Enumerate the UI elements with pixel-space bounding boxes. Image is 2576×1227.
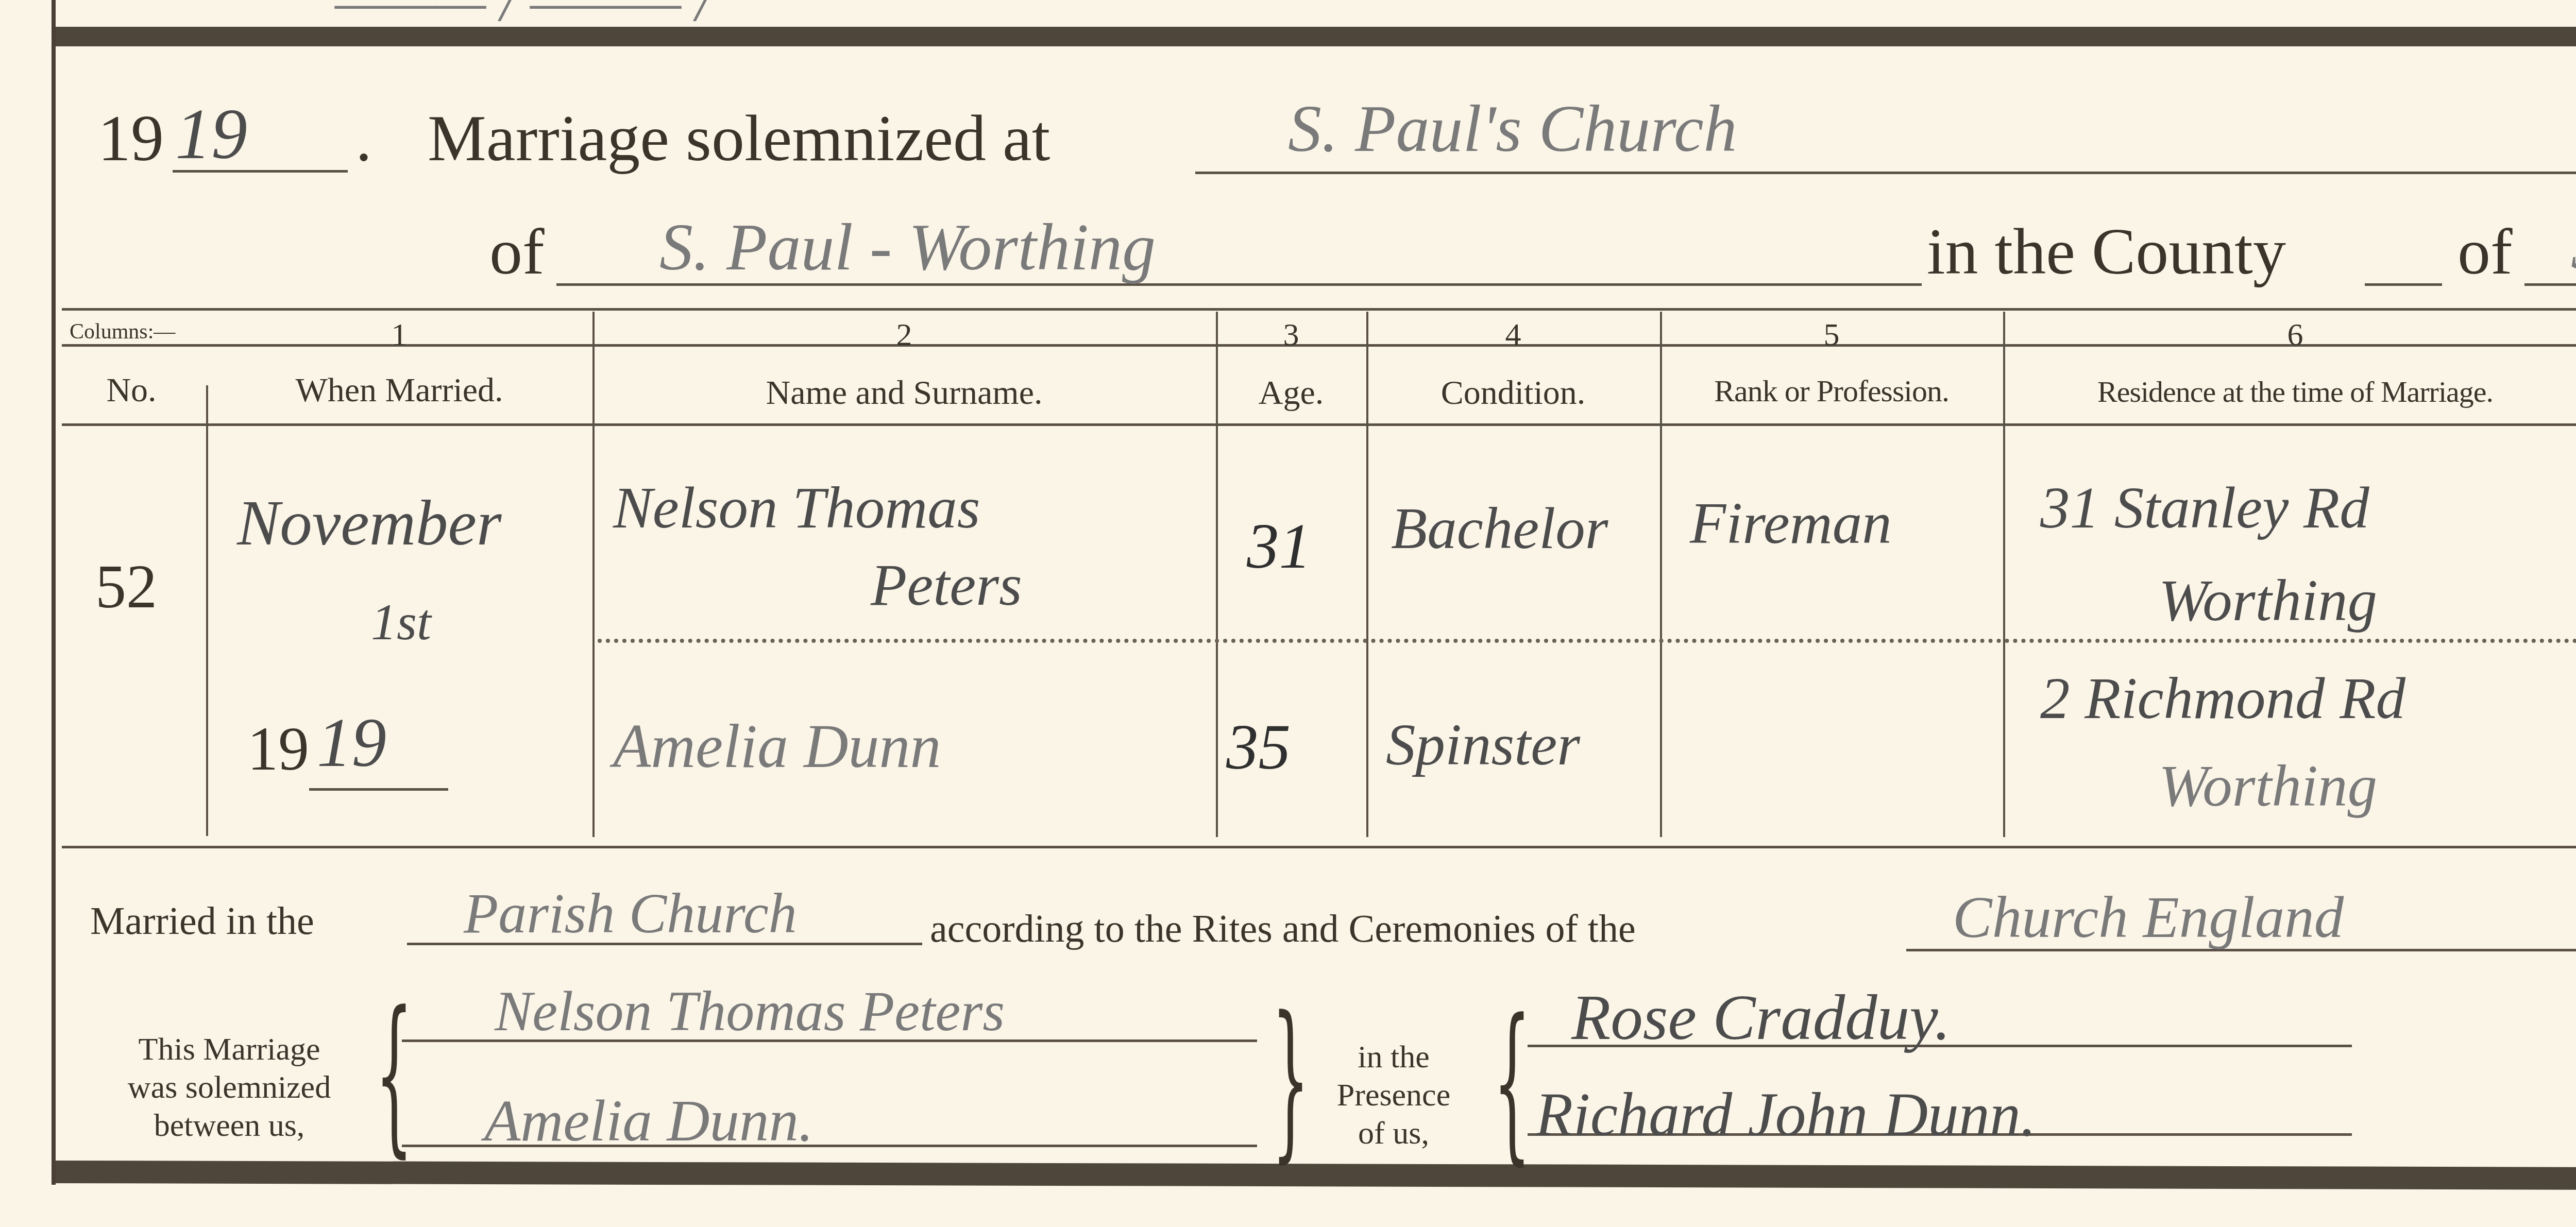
year-underline (173, 170, 348, 173)
county-y-underline (2365, 283, 2442, 286)
col-header-no: No. (57, 371, 206, 410)
col-header-name: Name and Surname. (592, 373, 1216, 413)
entry-number: 52 (95, 551, 157, 622)
col-header-rank-profession: Rank or Profession. (1660, 373, 2003, 409)
groom-age: 31 (1247, 510, 1311, 584)
place-underline (1195, 172, 2576, 174)
solemnized-between-us-label: This Marriage was solemnized between us, (95, 1030, 363, 1145)
solemnized-label-line1: This Marriage (95, 1030, 363, 1068)
groom-residence-line1: 31 Stanley Rd (2040, 474, 2369, 542)
county-value: Sussex (2571, 211, 2576, 285)
left-brace-witnesses: { (1493, 997, 1531, 1167)
col-header-when-married: When Married. (206, 371, 592, 410)
groom-residence-line2: Worthing (2159, 567, 2377, 635)
married-in-the-label: Married in the (90, 899, 314, 944)
parish-name-value: S. Paul - Worthing (659, 209, 1156, 286)
year-suffix: . (355, 100, 372, 176)
solemnized-label-line2: was solemnized (95, 1068, 363, 1106)
marriage-solemnized-at-label: Marriage solemnized at (428, 100, 1050, 176)
left-brace-parties: { (375, 989, 413, 1159)
table-bottom-rule (62, 846, 2576, 848)
when-married-year-prefix: 19 (247, 713, 309, 785)
col-number-6: 6 (2003, 317, 2576, 353)
in-the-county-label: in the County (1927, 214, 2286, 289)
columns-label: Columns:— (70, 319, 175, 344)
presence-label-line3: of us, (1309, 1114, 1479, 1152)
year-handwritten: 19 (175, 93, 247, 176)
col-number-4: 4 (1366, 317, 1660, 353)
when-married-year-underline (309, 788, 448, 791)
col-number-3: 3 (1216, 317, 1366, 353)
when-married-day: 1st (371, 592, 431, 652)
col-header-residence: Residence at the time of Marriage. (2003, 374, 2576, 409)
col-number-1: 1 (206, 317, 592, 353)
county-underline (2524, 283, 2576, 286)
of-label: of (489, 214, 545, 289)
solemnized-label-line3: between us, (95, 1106, 363, 1145)
year-prefix-text: 19 (98, 101, 164, 175)
rites-value: Church England (1953, 883, 2344, 951)
year-prefix: 19 (98, 100, 164, 176)
bride-condition: Spinster (1386, 711, 1580, 779)
row-divider-dotted (598, 639, 2576, 643)
table-top-rule (62, 308, 2576, 311)
right-brace-parties: } (1272, 994, 1309, 1164)
when-married-month: November (237, 487, 502, 560)
in-presence-of-us-label: in the Presence of us, (1309, 1038, 1479, 1152)
col-number-5: 5 (1660, 317, 2003, 353)
party-2-signature: Amelia Dunn. (484, 1087, 814, 1155)
according-label: according to the Rites and Ceremonies of… (930, 907, 1636, 951)
header-label-rule (62, 423, 2576, 426)
groom-name-line1: Nelson Thomas (613, 474, 980, 542)
party-1-signature: Nelson Thomas Peters (495, 979, 1005, 1044)
bride-residence-line1: 2 Richmond Rd (2040, 664, 2405, 732)
bride-age: 35 (1226, 711, 1291, 785)
bottom-thick-rule (56, 1161, 2576, 1192)
witness-1-signature: Rose Cradduy. (1571, 981, 1951, 1055)
bride-name: Amelia Dunn (613, 711, 941, 782)
presence-label-line2: Presence (1309, 1076, 1479, 1114)
county-of-label: of (2458, 214, 2513, 289)
place-value: S. Paul's Church (1288, 90, 1737, 167)
col-sep-1 (206, 385, 208, 836)
bride-residence-line2: Worthing (2159, 752, 2377, 820)
witness-2-signature: Richard John Dunn. (1535, 1079, 2036, 1150)
col-number-2: 2 (592, 317, 1216, 353)
when-married-year-handwritten: 19 (317, 703, 386, 783)
groom-profession: Fireman (1690, 489, 1892, 557)
groom-name-line2: Peters (871, 551, 1022, 619)
col-header-condition: Condition. (1366, 373, 1660, 413)
col-header-age: Age. (1216, 373, 1366, 413)
venue-value: Parish Church (464, 881, 797, 946)
left-border (52, 0, 56, 1185)
previous-entry-signature-fragment: ——— / ——— / (335, 0, 711, 35)
presence-label-line1: in the (1309, 1038, 1479, 1076)
groom-condition: Bachelor (1391, 495, 1608, 563)
